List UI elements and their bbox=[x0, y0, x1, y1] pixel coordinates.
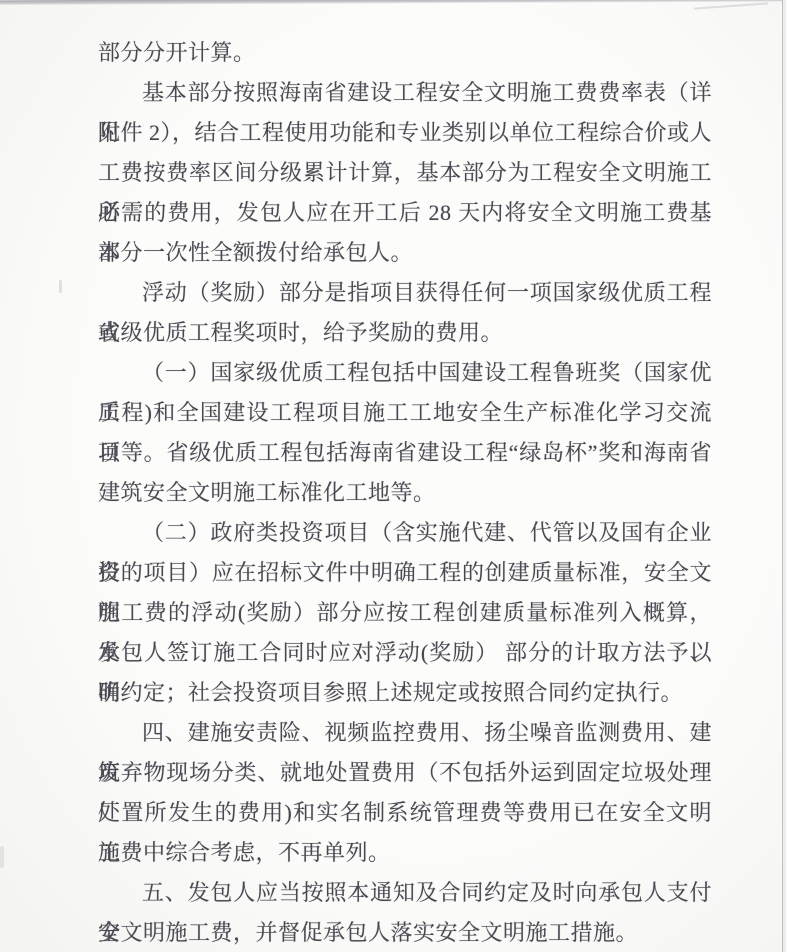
scan-right-edge-artifact bbox=[782, 0, 786, 952]
scan-corner-line-artifact bbox=[694, 2, 768, 9]
text-line: 部分分开计算。 bbox=[98, 33, 712, 73]
text-line: 废弃物现场分类、就地处置费用（不包括外运到固定垃圾处理厂 bbox=[98, 753, 712, 793]
scan-top-edge-artifact bbox=[0, 0, 786, 5]
text-line: 资的项目）应在招标文件中明确工程的创建质量标准，安全文明 bbox=[98, 553, 712, 593]
text-line: 浮动（奖励）部分是指项目获得任何一项国家级优质工程或 bbox=[98, 273, 712, 313]
text-line: 工费按费率区间分级累计计算，基本部分为工程安全文明施工所 bbox=[98, 153, 712, 193]
text-line: 省级优质工程奖项时，给予奖励的费用。 bbox=[98, 313, 712, 353]
text-line: 处置所发生的费用)和实名制系统管理费等费用已在安全文明施 bbox=[98, 793, 712, 833]
text-line: 必需的费用，发包人应在开工后 28 天内将安全文明施工费基本 bbox=[98, 193, 712, 233]
text-block: 部分分开计算。基本部分按照海南省建设工程安全文明施工费费率表（详见附件 2），结… bbox=[98, 33, 712, 952]
scan-speck bbox=[59, 280, 62, 293]
text-line: 确约定；社会投资项目参照上述规定或按照合同约定执行。 bbox=[98, 673, 712, 713]
text-line: 目等。省级优质工程包括海南省建设工程“绿岛杯”奖和海南省 bbox=[98, 433, 712, 473]
text-line: 全文明施工费，并督促承包人落实安全文明施工措施。 bbox=[98, 913, 712, 952]
text-line: 四、建施安责险、视频监控费用、扬尘噪音监测费用、建筑 bbox=[98, 713, 712, 753]
scan-speck bbox=[0, 846, 4, 868]
text-line: 附件 2），结合工程使用功能和专业类别以单位工程综合价或人 bbox=[98, 113, 712, 153]
text-line: 部分一次性全额拨付给承包人。 bbox=[98, 233, 712, 273]
text-line: （二）政府类投资项目（含实施代建、代管以及国有企业投 bbox=[98, 513, 712, 553]
text-line: 承包人签订施工合同时应对浮动(奖励） 部分的计取方法予以明 bbox=[98, 633, 712, 673]
document-page: 部分分开计算。基本部分按照海南省建设工程安全文明施工费费率表（详见附件 2），结… bbox=[0, 0, 786, 952]
text-line: 施工费的浮动(奖励）部分应按工程创建质量标准列入概算，发、 bbox=[98, 593, 712, 633]
text-line: 基本部分按照海南省建设工程安全文明施工费费率表（详见 bbox=[98, 73, 712, 113]
text-line: 建筑安全文明施工标准化工地等。 bbox=[98, 473, 712, 513]
text-line: 五、发包人应当按照本通知及合同约定及时向承包人支付安 bbox=[98, 873, 712, 913]
text-line: （一）国家级优质工程包括中国建设工程鲁班奖（国家优质 bbox=[98, 353, 712, 393]
text-line: 工程)和全国建设工程项目施工工地安全生产标准化学习交流项 bbox=[98, 393, 712, 433]
text-line: 工费中综合考虑，不再单列。 bbox=[98, 833, 712, 873]
